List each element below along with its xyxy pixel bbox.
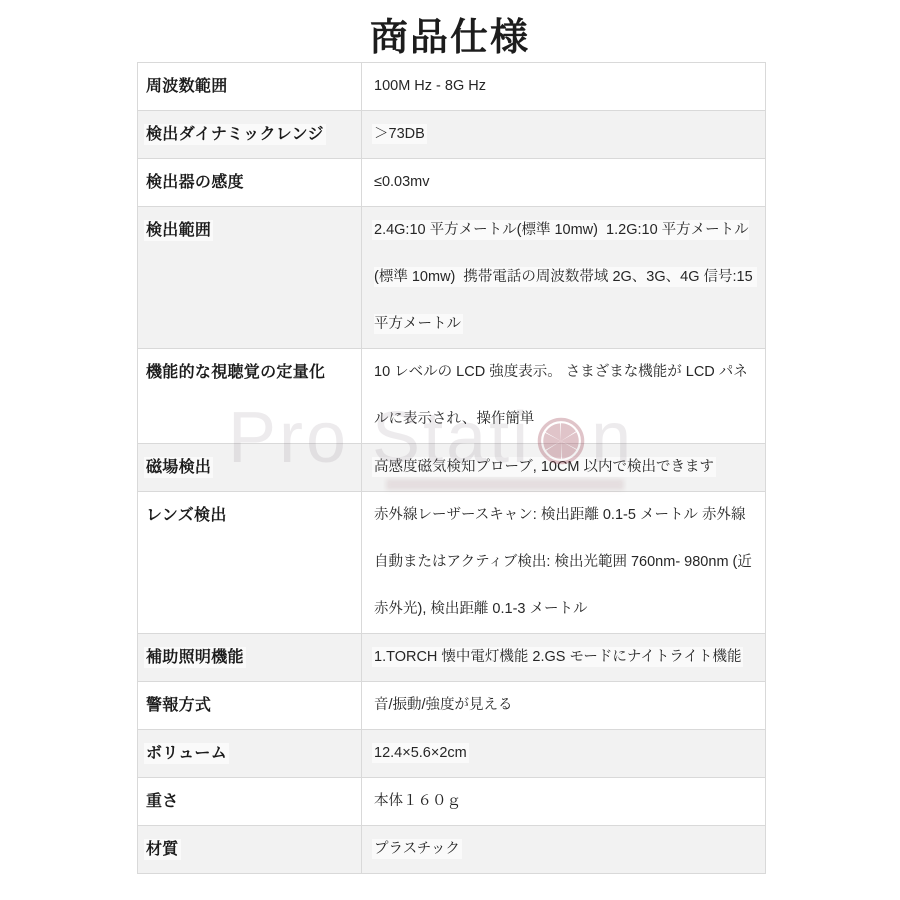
spec-label-text: 磁場検出 (146, 459, 211, 476)
spec-label-cell: 重さ (138, 778, 362, 826)
spec-value-text: ＞73DB (374, 126, 425, 142)
spec-label-text: 検出ダイナミックレンジ (146, 126, 324, 143)
spec-value-text: 10 レベルの LCD 強度表示。 さまざまな機能が LCD パネルに表示され、… (374, 364, 748, 427)
spec-label-text: 重さ (146, 793, 179, 810)
spec-value-cell: 音/振動/強度が見える (362, 682, 766, 730)
spec-label-cell: 材質 (138, 826, 362, 874)
table-row: 材質プラスチック (138, 826, 766, 874)
spec-label-cell: レンズ検出 (138, 492, 362, 634)
table-row: 補助照明機能1.TORCH 懐中電灯機能 2.GS モードにナイトライト機能 (138, 634, 766, 682)
table-row: 周波数範囲100M Hz - 8G Hz (138, 63, 766, 111)
spec-value-cell: ≤0.03mv (362, 159, 766, 207)
table-row: 重さ本体１６０ｇ (138, 778, 766, 826)
spec-value-text: 音/振動/強度が見える (374, 697, 513, 713)
spec-value-cell: 本体１６０ｇ (362, 778, 766, 826)
spec-label-cell: 検出ダイナミックレンジ (138, 111, 362, 159)
spec-label-cell: 周波数範囲 (138, 63, 362, 111)
table-row: 検出器の感度≤0.03mv (138, 159, 766, 207)
spec-value-text: 12.4×5.6×2cm (374, 745, 467, 761)
table-row: 検出範囲2.4G:10 平方メートル(標準 10mw) 1.2G:10 平方メー… (138, 207, 766, 349)
table-row: 警報方式音/振動/強度が見える (138, 682, 766, 730)
spec-label-cell: 機能的な視聴覚の定量化 (138, 349, 362, 444)
spec-label-cell: 検出範囲 (138, 207, 362, 349)
table-row: 機能的な視聴覚の定量化10 レベルの LCD 強度表示。 さまざまな機能が LC… (138, 349, 766, 444)
spec-value-cell: 100M Hz - 8G Hz (362, 63, 766, 111)
spec-label-text: 機能的な視聴覚の定量化 (146, 364, 325, 381)
spec-value-cell: 高感度磁気検知プローブ, 10CM 以内で検出できます (362, 444, 766, 492)
spec-label-text: 補助照明機能 (146, 649, 244, 666)
spec-label-cell: 補助照明機能 (138, 634, 362, 682)
spec-label-text: 警報方式 (146, 697, 211, 714)
spec-value-cell: 1.TORCH 懐中電灯機能 2.GS モードにナイトライト機能 (362, 634, 766, 682)
spec-label-text: 材質 (146, 841, 179, 858)
spec-value-text: ≤0.03mv (374, 174, 430, 190)
spec-label-cell: 検出器の感度 (138, 159, 362, 207)
spec-value-text: 本体１６０ｇ (374, 793, 461, 809)
spec-label-text: 周波数範囲 (146, 78, 228, 95)
spec-value-text: プラスチック (374, 841, 460, 857)
spec-value-text: 2.4G:10 平方メートル(標準 10mw) 1.2G:10 平方メートル(標… (374, 222, 757, 332)
spec-label-cell: 磁場検出 (138, 444, 362, 492)
product-spec-page: 商品仕様 周波数範囲100M Hz - 8G Hz検出ダイナミックレンジ＞73D… (0, 0, 900, 900)
spec-value-text: 赤外線レーザースキャン: 検出距離 0.1-5 メートル 赤外線自動またはアクテ… (374, 507, 752, 617)
spec-value-text: 高感度磁気検知プローブ, 10CM 以内で検出できます (374, 459, 714, 475)
table-row: 検出ダイナミックレンジ＞73DB (138, 111, 766, 159)
table-row: ボリューム12.4×5.6×2cm (138, 730, 766, 778)
spec-label-text: 検出範囲 (146, 222, 211, 239)
spec-value-text: 1.TORCH 懐中電灯機能 2.GS モードにナイトライト機能 (374, 649, 741, 665)
spec-label-text: ボリューム (146, 745, 227, 762)
spec-value-cell: 12.4×5.6×2cm (362, 730, 766, 778)
page-title: 商品仕様 (0, 6, 900, 61)
spec-value-cell: ＞73DB (362, 111, 766, 159)
spec-label-cell: ボリューム (138, 730, 362, 778)
spec-value-cell: プラスチック (362, 826, 766, 874)
table-row: レンズ検出赤外線レーザースキャン: 検出距離 0.1-5 メートル 赤外線自動ま… (138, 492, 766, 634)
spec-table: 周波数範囲100M Hz - 8G Hz検出ダイナミックレンジ＞73DB検出器の… (137, 62, 766, 874)
spec-value-cell: 赤外線レーザースキャン: 検出距離 0.1-5 メートル 赤外線自動またはアクテ… (362, 492, 766, 634)
spec-label-cell: 警報方式 (138, 682, 362, 730)
spec-label-text: 検出器の感度 (146, 174, 244, 191)
spec-value-cell: 2.4G:10 平方メートル(標準 10mw) 1.2G:10 平方メートル(標… (362, 207, 766, 349)
spec-value-text: 100M Hz - 8G Hz (374, 78, 486, 94)
spec-label-text: レンズ検出 (146, 507, 227, 524)
table-row: 磁場検出高感度磁気検知プローブ, 10CM 以内で検出できます (138, 444, 766, 492)
spec-value-cell: 10 レベルの LCD 強度表示。 さまざまな機能が LCD パネルに表示され、… (362, 349, 766, 444)
